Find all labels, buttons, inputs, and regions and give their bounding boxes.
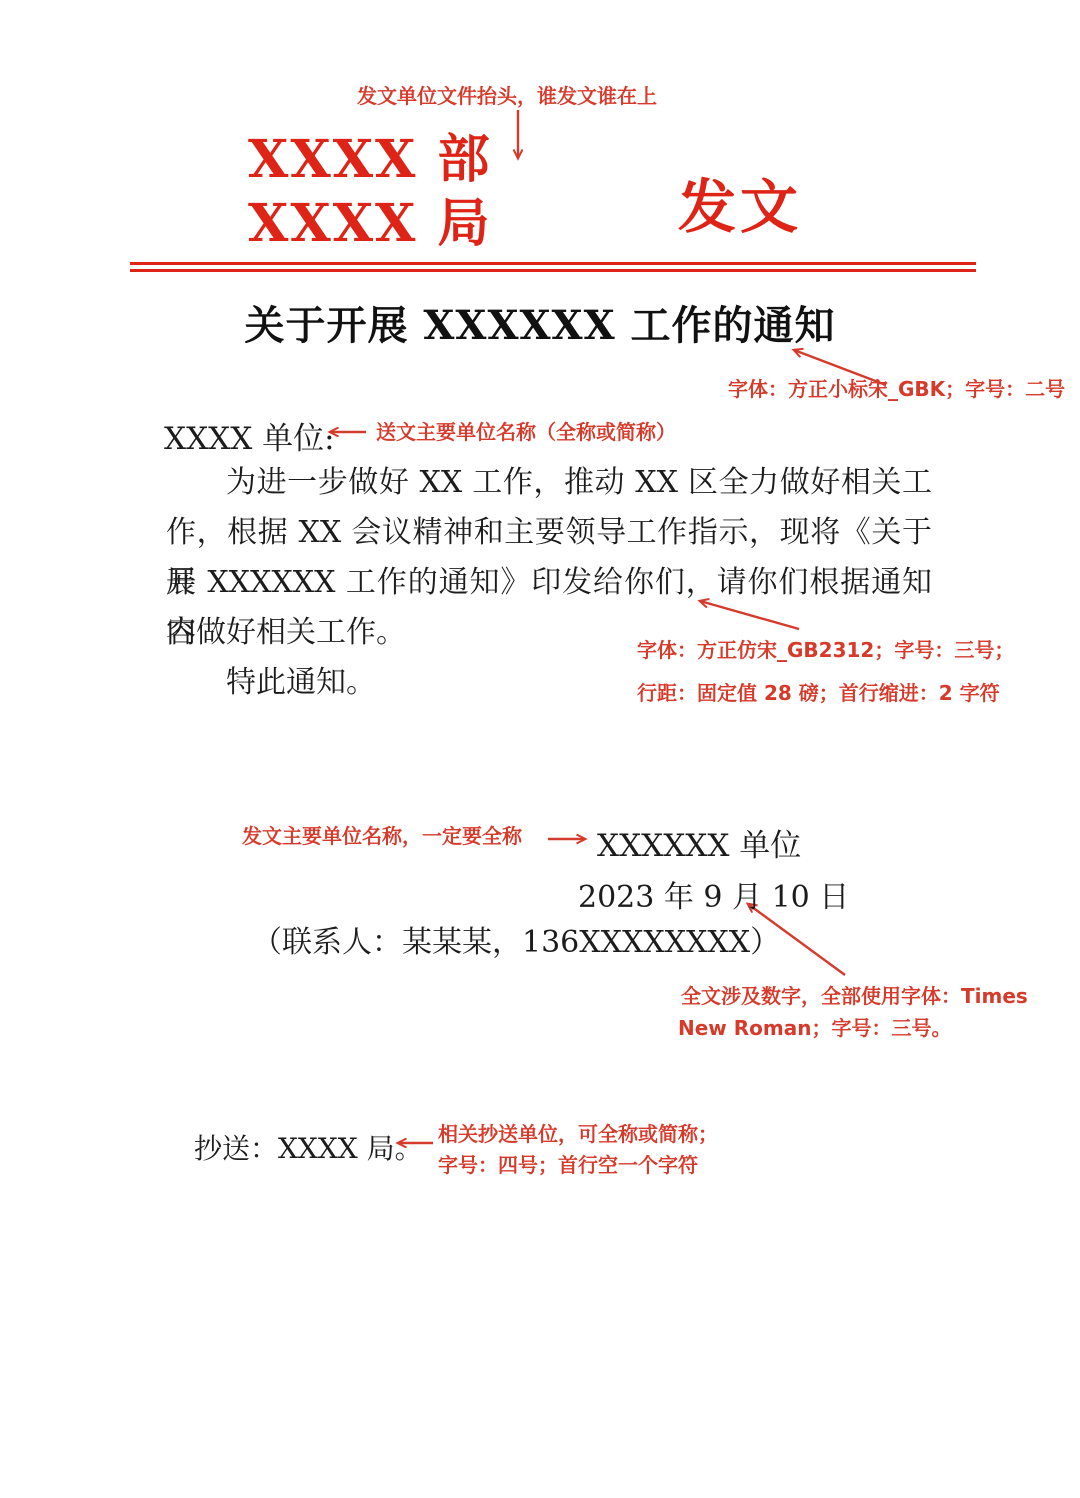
document-date: 2023 年 9 月 10 日 [578, 872, 849, 916]
number-font-note-line2: New Roman；字号：三号。 [678, 1016, 951, 1040]
cc-note-line1: 相关抄送单位，可全称或简称； [438, 1122, 718, 1146]
document-title: 关于开展 XXXXXX 工作的通知 [0, 294, 1080, 351]
signer-name: XXXXXX 单位 [597, 820, 801, 865]
body-line: 展 XXXXXX 工作的通知》印发给你们，请你们根据通知内 [166, 558, 932, 608]
title-font-note: 字体：方正小标宋_GBK；字号：二号 [728, 377, 1065, 401]
recipient-line: XXXX 单位: [164, 413, 335, 458]
issue-stamp-label: 发文 [678, 160, 802, 244]
recipient-note: 送文主要单位名称（全称或简称） [376, 420, 676, 444]
contact-line: （联系人：某某某，136XXXXXXXX） [252, 917, 780, 961]
cc-line: 抄送：XXXX 局。 [194, 1127, 423, 1167]
body-font-note-line1: 字体：方正仿宋_GB2312；字号：三号； [637, 638, 1014, 662]
letterhead-note: 发文单位文件抬头，谁发文谁在上 [357, 84, 657, 108]
letterhead-line2: XXXX 局 [248, 192, 492, 256]
letterhead-line1: XXXX 部 [248, 128, 492, 192]
double-red-rule [130, 262, 976, 272]
body-line: 为进一步做好 XX 工作，推动 XX 区全力做好相关工 [166, 458, 932, 508]
signer-note: 发文主要单位名称，一定要全称 [242, 824, 522, 848]
annotation-arrows-layer [0, 0, 1080, 1498]
body-line: 作，根据 XX 会议精神和主要领导工作指示，现将《关于开 [166, 508, 932, 558]
official-document-page: 发文单位文件抬头，谁发文谁在上 XXXX 部 XXXX 局 发文 关于开展 XX… [0, 0, 1080, 1498]
number-font-note-line1: 全文涉及数字，全部使用字体：Times [681, 984, 1028, 1008]
body-font-note-line2: 行距：固定值 28 磅；首行缩进：2 字符 [637, 681, 1000, 705]
letterhead-block: XXXX 部 XXXX 局 [248, 128, 492, 256]
cc-note-line2: 字号：四号；首行空一个字符 [438, 1153, 698, 1177]
body-paragraph: 为进一步做好 XX 工作，推动 XX 区全力做好相关工 作，根据 XX 会议精神… [166, 458, 932, 708]
